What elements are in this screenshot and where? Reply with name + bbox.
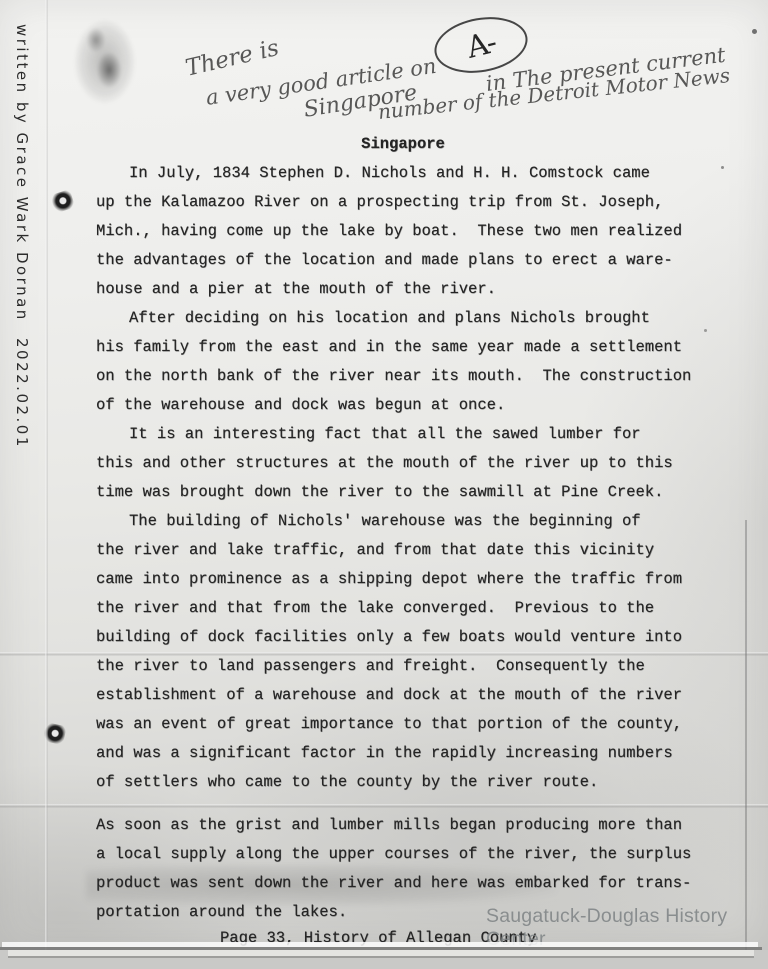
typed-line: on the north bank of the river near its … — [96, 362, 710, 391]
ink-smudge-top-left — [52, 4, 162, 124]
typed-line: building of dock facilities only a few b… — [96, 623, 710, 652]
typed-line: It is an interesting fact that all the s… — [96, 420, 710, 449]
pencil-note-line-1: There is — [183, 35, 281, 82]
paragraph-1: In July, 1834 Stephen D. Nichols and H. … — [96, 159, 710, 304]
paragraph-3: It is an interesting fact that all the s… — [96, 420, 710, 507]
paper-sheet: written by Grace Wark Dornan 2022.02.01 … — [0, 0, 768, 950]
typed-line: the river to land passengers and freight… — [96, 652, 710, 681]
paper-speck — [752, 29, 757, 34]
typed-line: of the warehouse and dock was begun at o… — [96, 391, 710, 420]
typed-line: this and other structures at the mouth o… — [96, 449, 710, 478]
typed-line: and was a significant factor in the rapi… — [96, 739, 710, 768]
typed-line: was an event of great importance to that… — [96, 710, 710, 739]
typed-line: came into prominence as a shipping depot… — [96, 565, 710, 594]
typed-line: The building of Nichols' warehouse was t… — [96, 507, 710, 536]
page-title: Singapore — [96, 130, 710, 159]
typed-line: his family from the east and in the same… — [96, 333, 710, 362]
fold-crease-lower — [0, 804, 768, 808]
grade-text: A- — [463, 25, 498, 66]
typed-line: house and a pier at the mouth of the riv… — [96, 275, 710, 304]
typed-line: up the Kalamazoo River on a prospecting … — [96, 188, 710, 217]
typed-line: of settlers who came to the county by th… — [96, 768, 710, 797]
typed-line: the advantages of the location and made … — [96, 246, 710, 275]
typed-line: Mich., having come up the lake by boat. … — [96, 217, 710, 246]
accession-number-handwriting: 2022.02.01 — [13, 338, 31, 449]
paragraph-4: The building of Nichols' warehouse was t… — [96, 507, 710, 797]
typed-line: product was sent down the river and here… — [96, 869, 710, 898]
typed-line: establishment of a warehouse and dock at… — [96, 681, 710, 710]
typed-line: the river and that from the lake converg… — [96, 594, 710, 623]
scanned-document: written by Grace Wark Dornan 2022.02.01 … — [0, 0, 768, 969]
margin-credit-handwriting: written by Grace Wark Dornan — [13, 24, 31, 322]
paragraph-2: After deciding on his location and plans… — [96, 304, 710, 420]
paper-right-edge — [745, 520, 747, 950]
typed-line: time was brought down the river to the s… — [96, 478, 710, 507]
typed-line: As soon as the grist and lumber mills be… — [96, 811, 710, 840]
paper-speck — [721, 166, 724, 169]
typed-line: After deciding on his location and plans… — [96, 304, 710, 333]
typed-line: In July, 1834 Stephen D. Nichols and H. … — [96, 159, 710, 188]
left-margin-crease — [45, 0, 48, 950]
typed-line: a local supply along the upper courses o… — [96, 840, 710, 869]
typed-line: the river and lake traffic, and from tha… — [96, 536, 710, 565]
second-sheet-edge — [8, 950, 754, 958]
staple-hole-top — [49, 189, 76, 214]
